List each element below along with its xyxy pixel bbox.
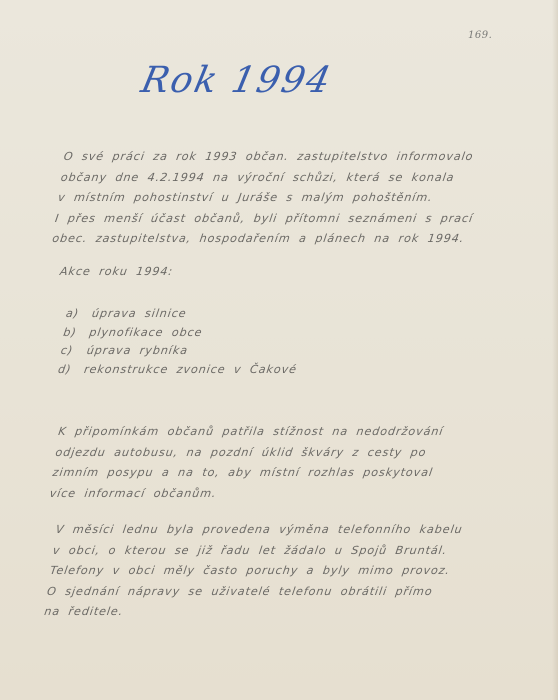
paragraph-telephone-cable: V měsíci lednu byla provedena výměna tel… [43,520,464,623]
list-item-letter: c) [59,342,88,361]
text-line: K připomínkám občanů patřila stížnost na… [57,422,445,443]
text-line: I přes menší účast občanů, byli přítomni… [54,209,475,230]
list-item: d)rekonstrukce zvonice v Čakové [57,361,298,380]
text-line: občany dne 4.2.1994 na výroční schůzi, k… [59,168,480,189]
list-item-text: plynofikace obce [88,326,203,339]
list-item-text: úprava rybníka [86,344,189,357]
text-line: odjezdu autobusu, na pozdní úklid škváry… [54,443,442,464]
text-line: O sjednání nápravy se uživatelé telefonu… [46,582,456,603]
actions-list: a)úprava silnice b)plynofikace obce c)úp… [57,305,306,379]
list-item-text: úprava silnice [91,307,187,320]
text-line: zimním posypu a na to, aby místní rozhla… [51,463,439,484]
list-item: a)úprava silnice [65,305,306,324]
list-item-letter: a) [65,305,94,324]
chronicle-page: 169. Rok 1994 O své práci za rok 1993 ob… [0,0,558,700]
text-line: O své práci za rok 1993 občan. zastupite… [62,147,483,168]
list-item-letter: b) [62,324,91,343]
paragraph-citizen-remarks: K připomínkám občanů patřila stížnost na… [48,422,444,504]
text-line: více informací občanům. [48,484,436,505]
list-item-text: rekonstrukce zvonice v Čakové [83,363,298,376]
list-item-letter: d) [57,361,86,380]
paragraph-annual-meeting: O své práci za rok 1993 občan. zastupite… [51,147,483,250]
text-line: Telefony v obci měly často poruchy a byl… [49,561,459,582]
actions-heading: Akce roku 1994: [59,265,174,278]
page-title: Rok 1994 [138,60,336,101]
text-line: obec. zastupitelstva, hospodařením a plá… [51,229,472,250]
list-item: b)plynofikace obce [62,324,303,343]
list-item: c)úprava rybníka [59,342,300,361]
page-number: 169. [468,30,492,41]
text-line: na ředitele. [43,602,453,623]
text-line: V měsíci lednu byla provedena výměna tel… [54,520,464,541]
text-line: v místním pohostinství u Juráše s malým … [57,188,478,209]
text-line: v obci, o kterou se již řadu let žádalo … [51,541,461,562]
